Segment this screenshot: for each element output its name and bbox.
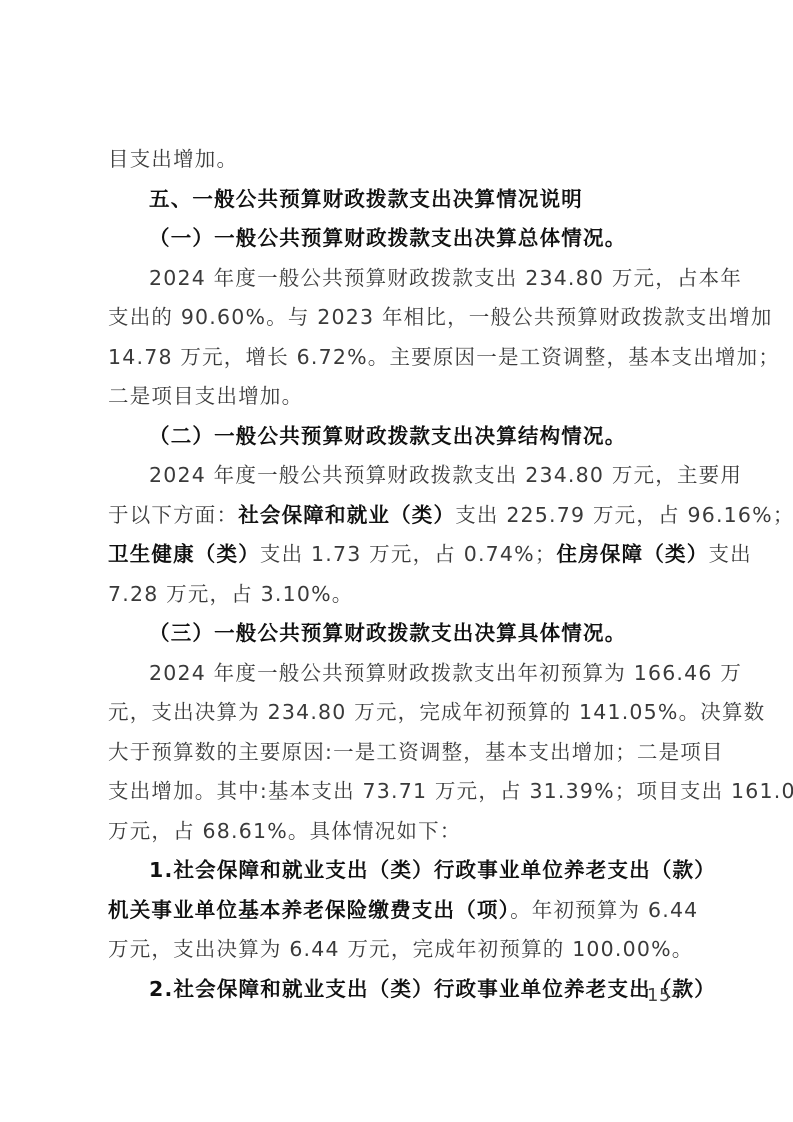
- subsection-heading-2: （二）一般公共预算财政拨款支出决算结构情况。: [108, 417, 693, 457]
- text-span: 支出 225.79 万元，占 96.16%；: [455, 503, 793, 527]
- paragraph-line: 元，支出决算为 234.80 万元，完成年初预算的 141.05%。决算数: [108, 693, 693, 733]
- item-heading-2: 2.社会保障和就业支出（类）行政事业单位养老支出（款）: [108, 970, 693, 1010]
- paragraph-line: 万元，占 68.61%。具体情况如下：: [108, 812, 693, 852]
- paragraph-line: 2024 年度一般公共预算财政拨款支出 234.80 万元，主要用: [108, 456, 693, 496]
- item-heading-1-continued: 机关事业单位基本养老保险缴费支出（项）: [108, 898, 510, 922]
- paragraph-line: 卫生健康（类）支出 1.73 万元，占 0.74%；住房保障（类）支出: [108, 535, 693, 575]
- paragraph-line: 万元，支出决算为 6.44 万元，完成年初预算的 100.00%。: [108, 930, 693, 970]
- paragraph-line: 支出的 90.60%。与 2023 年相比，一般公共预算财政拨款支出增加: [108, 298, 693, 338]
- document-page: 目支出增加。 五、一般公共预算财政拨款支出决算情况说明 （一）一般公共预算财政拨…: [108, 140, 693, 1009]
- paragraph-continuation: 目支出增加。: [108, 140, 693, 180]
- section-heading: 五、一般公共预算财政拨款支出决算情况说明: [108, 180, 693, 220]
- paragraph-line: 14.78 万元，增长 6.72%。主要原因一是工资调整，基本支出增加；: [108, 338, 693, 378]
- paragraph-line: 2024 年度一般公共预算财政拨款支出 234.80 万元，占本年: [108, 259, 693, 299]
- paragraph-line: 二是项目支出增加。: [108, 377, 693, 417]
- subsection-heading-3: （三）一般公共预算财政拨款支出决算具体情况。: [108, 614, 693, 654]
- category-health: 卫生健康（类）: [108, 542, 260, 566]
- page-number: -15-: [640, 985, 678, 1006]
- paragraph-line: 机关事业单位基本养老保险缴费支出（项）。年初预算为 6.44: [108, 891, 693, 931]
- paragraph-line: 大于预算数的主要原因:一是工资调整，基本支出增加；二是项目: [108, 733, 693, 773]
- paragraph-line: 7.28 万元，占 3.10%。: [108, 575, 693, 615]
- subsection-heading-1: （一）一般公共预算财政拨款支出决算总体情况。: [108, 219, 693, 259]
- item-heading-1: 1.社会保障和就业支出（类）行政事业单位养老支出（款）: [108, 851, 693, 891]
- paragraph-line: 支出增加。其中:基本支出 73.71 万元，占 31.39%；项目支出 161.…: [108, 772, 693, 812]
- text-span: 。年初预算为 6.44: [510, 898, 698, 922]
- category-social-security: 社会保障和就业（类）: [238, 503, 455, 527]
- paragraph-line: 2024 年度一般公共预算财政拨款支出年初预算为 166.46 万: [108, 654, 693, 694]
- text-span: 支出: [708, 542, 751, 566]
- category-housing: 住房保障（类）: [557, 542, 709, 566]
- text-span: 于以下方面：: [108, 503, 238, 527]
- text-span: 支出 1.73 万元，占 0.74%；: [260, 542, 557, 566]
- paragraph-line: 于以下方面：社会保障和就业（类）支出 225.79 万元，占 96.16%；: [108, 496, 693, 536]
